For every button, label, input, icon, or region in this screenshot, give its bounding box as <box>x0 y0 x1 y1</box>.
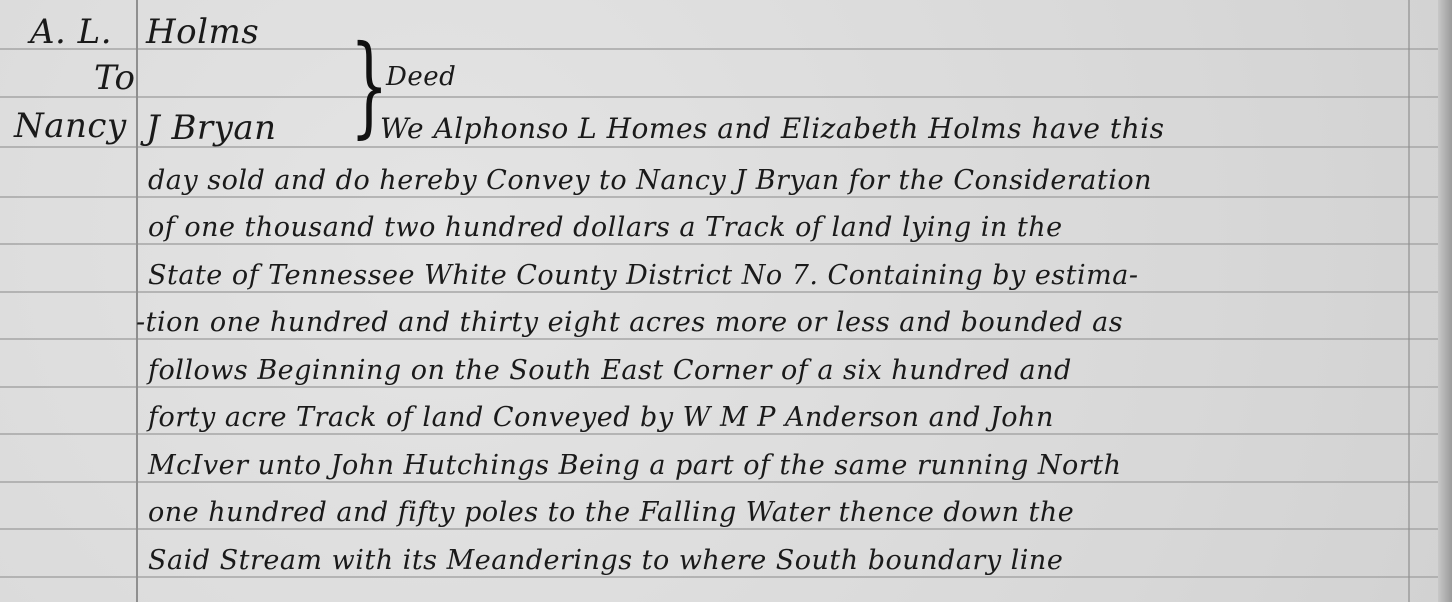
deed-body-line-2: day sold and do hereby Convey to Nancy J… <box>148 165 1152 196</box>
margin-grantor-initials: A. L. <box>30 12 112 52</box>
ruled-line <box>0 528 1452 530</box>
deed-body-line-10: Said Stream with its Meanderings to wher… <box>148 545 1063 576</box>
ruled-line <box>0 576 1452 578</box>
deed-body-line-6: follows Beginning on the South East Corn… <box>148 355 1072 386</box>
deed-body-line-3: of one thousand two hundred dollars a Tr… <box>148 212 1063 243</box>
deed-body-line-1: We Alphonso L Homes and Elizabeth Holms … <box>380 112 1164 145</box>
ruled-line <box>0 243 1452 245</box>
margin-to: To <box>94 58 136 98</box>
page-edge-shadow <box>1438 0 1452 602</box>
instrument-label: Deed <box>386 62 456 92</box>
ledger-page: A. L. Holms To Nancy J Bryan } Deed We A… <box>0 0 1452 602</box>
deed-body-line-5: -tion one hundred and thirty eight acres… <box>136 307 1123 338</box>
margin-grantee-rest: J Bryan <box>146 108 277 148</box>
margin-rule-left <box>136 0 138 602</box>
ruled-line <box>0 196 1452 198</box>
ruled-line <box>0 96 1452 98</box>
deed-body-line-9: one hundred and fifty poles to the Falli… <box>148 497 1074 528</box>
ruled-line <box>0 481 1452 483</box>
deed-body-line-4: State of Tennessee White County District… <box>148 260 1138 291</box>
deed-body-line-8: McIver unto John Hutchings Being a part … <box>148 450 1121 481</box>
ruled-line <box>0 433 1452 435</box>
margin-grantee-first: Nancy <box>14 106 127 146</box>
margin-rule-right <box>1408 0 1410 602</box>
deed-body-line-7: forty acre Track of land Conveyed by W M… <box>148 402 1054 433</box>
ruled-line <box>0 338 1452 340</box>
margin-grantor-surname: Holms <box>146 12 259 52</box>
ruled-line <box>0 386 1452 388</box>
ruled-line <box>0 291 1452 293</box>
